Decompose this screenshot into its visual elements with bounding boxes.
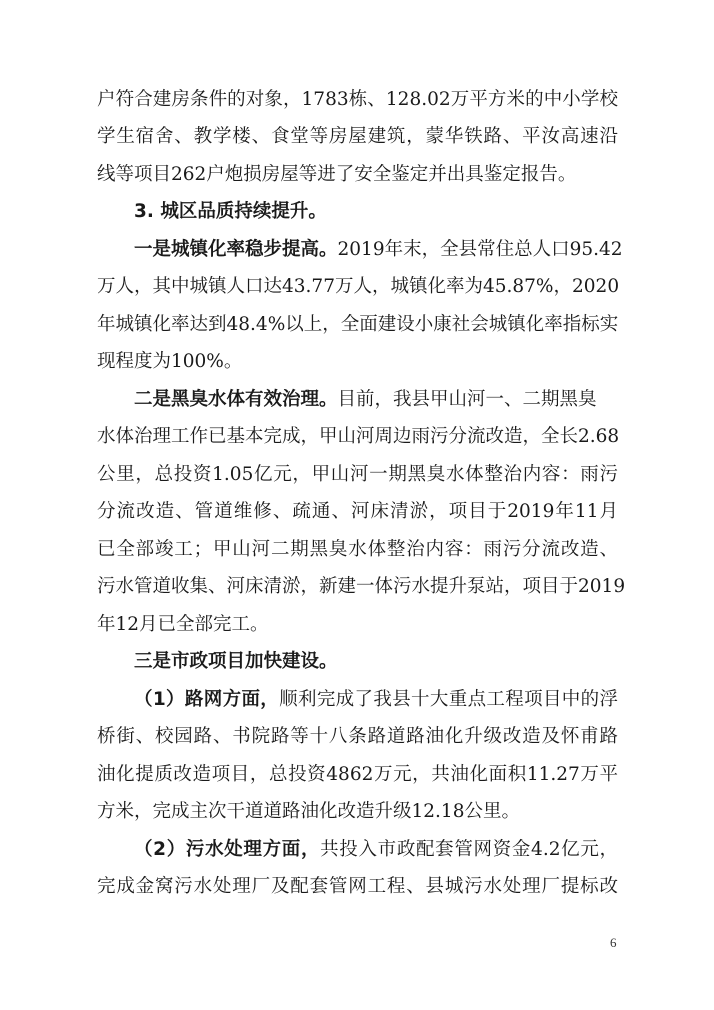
- line-text: 万人，其中城镇人口达43.77万人，城镇化率为45.87%，2020: [97, 276, 619, 297]
- line-text: 2019年末，全县常住总人口95.42: [338, 239, 623, 260]
- text-line: 现程度为100%。: [97, 350, 618, 374]
- text-line: 已全部竣工；甲山河二期黑臭水体整治内容：雨污分流改造、: [97, 538, 618, 562]
- text-line: 污水管道收集、河床清淤，新建一体污水提升泵站，项目于2019: [97, 575, 618, 599]
- line-text: 方米，完成主次干道道路油化改造升级12.18公里。: [97, 801, 520, 822]
- line-text: 分流改造、管道维修、疏通、河床清淤，项目于2019年11月: [97, 501, 618, 522]
- text-line: （2）污水处理方面，共投入市政配套管网资金4.2亿元，: [134, 838, 618, 862]
- text-line: 二是黑臭水体有效治理。目前，我县甲山河一、二期黑臭: [134, 388, 618, 412]
- text-line: 3. 城区品质持续提升。: [134, 200, 618, 224]
- line-text: 污水管道收集、河床清淤，新建一体污水提升泵站，项目于2019: [97, 576, 625, 597]
- line-text: 现程度为100%。: [97, 351, 242, 372]
- text-line: 公里，总投资1.05亿元，甲山河一期黑臭水体整治内容：雨污: [97, 463, 618, 487]
- text-line: 学生宿舍、教学楼、食堂等房屋建筑，蒙华铁路、平汝高速沿: [97, 125, 618, 149]
- line-text: 油化提质改造项目，总投资4862万元，共油化面积11.27万平: [97, 764, 618, 785]
- text-line: 完成金窝污水处理厂及配套管网工程、县城污水处理厂提标改: [97, 875, 618, 899]
- text-line: （1）路网方面，顺利完成了我县十大重点工程项目中的浮: [134, 688, 618, 712]
- text-line: 水体治理工作已基本完成，甲山河周边雨污分流改造，全长2.68: [97, 425, 618, 449]
- text-line: 线等项目262户炮损房屋等进了安全鉴定并出具鉴定报告。: [97, 163, 618, 187]
- text-line: 方米，完成主次干道道路油化改造升级12.18公里。: [97, 800, 618, 824]
- line-text: 目前，我县甲山河一、二期黑臭: [338, 389, 597, 410]
- text-line: 分流改造、管道维修、疏通、河床清淤，项目于2019年11月: [97, 500, 618, 524]
- bold-heading: 二是黑臭水体有效治理。: [134, 389, 338, 410]
- bold-heading: 三是市政项目加快建设。: [134, 651, 338, 672]
- text-line: 三是市政项目加快建设。: [134, 650, 618, 674]
- text-line: 年12月已全部完工。: [97, 613, 618, 637]
- line-text: 年12月已全部完工。: [97, 614, 269, 635]
- text-line: 年城镇化率达到48.4%以上，全面建设小康社会城镇化率指标实: [97, 313, 618, 337]
- text-line: 桥街、校园路、书院路等十八条路道路油化升级改造及怀甫路: [97, 725, 618, 749]
- bold-heading: 一是城镇化率稳步提高。: [134, 239, 338, 260]
- line-text: 年城镇化率达到48.4%以上，全面建设小康社会城镇化率指标实: [97, 314, 618, 335]
- document-page: 户符合建房条件的对象，1783栋、128.02万平方米的中小学校学生宿舍、教学楼…: [0, 0, 714, 1010]
- bold-heading: （2）污水处理方面，: [134, 839, 320, 860]
- page-number: 6: [610, 935, 617, 951]
- line-text: 线等项目262户炮损房屋等进了安全鉴定并出具鉴定报告。: [97, 164, 576, 185]
- line-text: 公里，总投资1.05亿元，甲山河一期黑臭水体整治内容：雨污: [97, 464, 618, 485]
- bold-heading: 3. 城区品质持续提升。: [134, 201, 327, 222]
- text-line: 户符合建房条件的对象，1783栋、128.02万平方米的中小学校: [97, 88, 618, 112]
- text-line: 一是城镇化率稳步提高。2019年末，全县常住总人口95.42: [134, 238, 618, 262]
- line-text: 完成金窝污水处理厂及配套管网工程、县城污水处理厂提标改: [97, 876, 618, 897]
- line-text: 户符合建房条件的对象，1783栋、128.02万平方米的中小学校: [97, 89, 618, 110]
- line-text: 顺利完成了我县十大重点工程项目中的浮: [279, 689, 618, 710]
- bold-heading: （1）路网方面，: [134, 689, 279, 710]
- line-text: 水体治理工作已基本完成，甲山河周边雨污分流改造，全长2.68: [97, 426, 619, 447]
- line-text: 共投入市政配套管网资金4.2亿元，: [320, 839, 618, 860]
- text-line: 油化提质改造项目，总投资4862万元，共油化面积11.27万平: [97, 763, 618, 787]
- line-text: 桥街、校园路、书院路等十八条路道路油化升级改造及怀甫路: [97, 726, 618, 747]
- line-text: 学生宿舍、教学楼、食堂等房屋建筑，蒙华铁路、平汝高速沿: [97, 126, 618, 147]
- line-text: 已全部竣工；甲山河二期黑臭水体整治内容：雨污分流改造、: [97, 539, 618, 560]
- text-line: 万人，其中城镇人口达43.77万人，城镇化率为45.87%，2020: [97, 275, 618, 299]
